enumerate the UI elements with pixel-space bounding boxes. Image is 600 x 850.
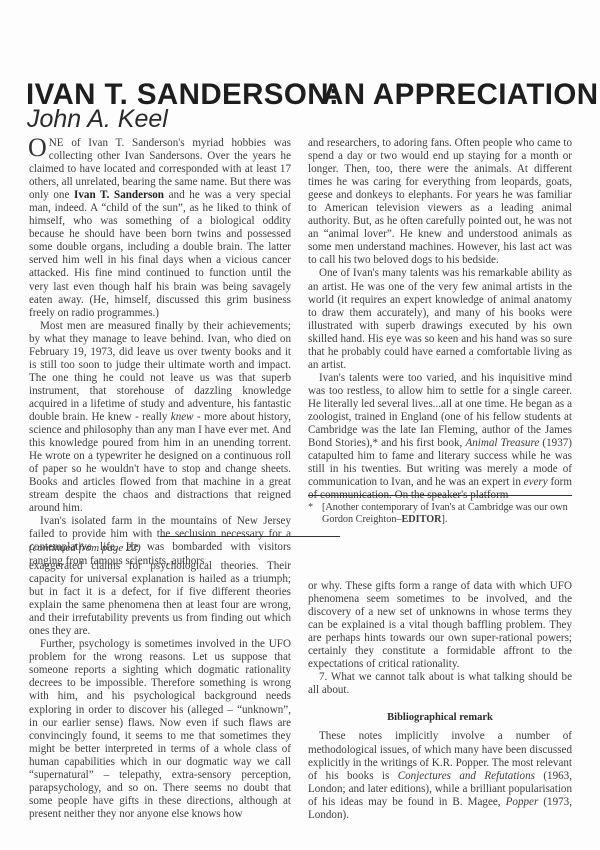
paragraph: exaggerated claims for psychological the…	[29, 560, 291, 638]
footnote-marker: *	[308, 502, 322, 514]
editor-label: EDITOR	[402, 514, 442, 525]
paragraph: One of Ivan's many talents was his remar…	[308, 267, 572, 371]
article-left-column: ONE of Ivan T. Sanderson's myriad hobbie…	[29, 137, 291, 568]
continuation-right-column: or why. These gifts form a range of data…	[308, 580, 572, 822]
section-divider	[160, 536, 340, 537]
footnote: *[Another contemporary of Ivan's at Camb…	[308, 502, 572, 526]
bibliography-heading: Bibliographical remark	[308, 711, 572, 724]
book-title: Popper	[506, 796, 539, 808]
paragraph: and researchers, to adoring fans. Often …	[308, 137, 572, 267]
paragraph: Most men are measured finally by their a…	[29, 320, 291, 516]
paragraph: Ivan's talents were too varied, and his …	[308, 372, 572, 502]
book-title: Conjectures and Refutations	[398, 770, 535, 782]
paragraph: Further, psychology is sometimes involve…	[29, 638, 291, 821]
title-part-2: AN APPRECIATION	[322, 78, 598, 112]
book-title: Animal Treasure	[465, 437, 539, 449]
article-right-column: and researchers, to adoring fans. Often …	[308, 137, 572, 502]
footnote-divider	[308, 495, 572, 496]
continued-label: (continued from page 22)	[29, 542, 141, 554]
paragraph: These notes implicitly involve a number …	[308, 730, 572, 821]
paragraph: 7. What we cannot talk about is what tal…	[308, 671, 572, 697]
paragraph: ONE of Ivan T. Sanderson's myriad hobbie…	[29, 137, 291, 320]
paragraph: or why. These gifts form a range of data…	[308, 580, 572, 671]
subject-name: Ivan T. Sanderson	[74, 189, 164, 201]
continuation-left-column: exaggerated claims for psychological the…	[29, 560, 291, 821]
drop-cap: O	[28, 138, 47, 158]
author-byline: John A. Keel	[27, 105, 168, 134]
